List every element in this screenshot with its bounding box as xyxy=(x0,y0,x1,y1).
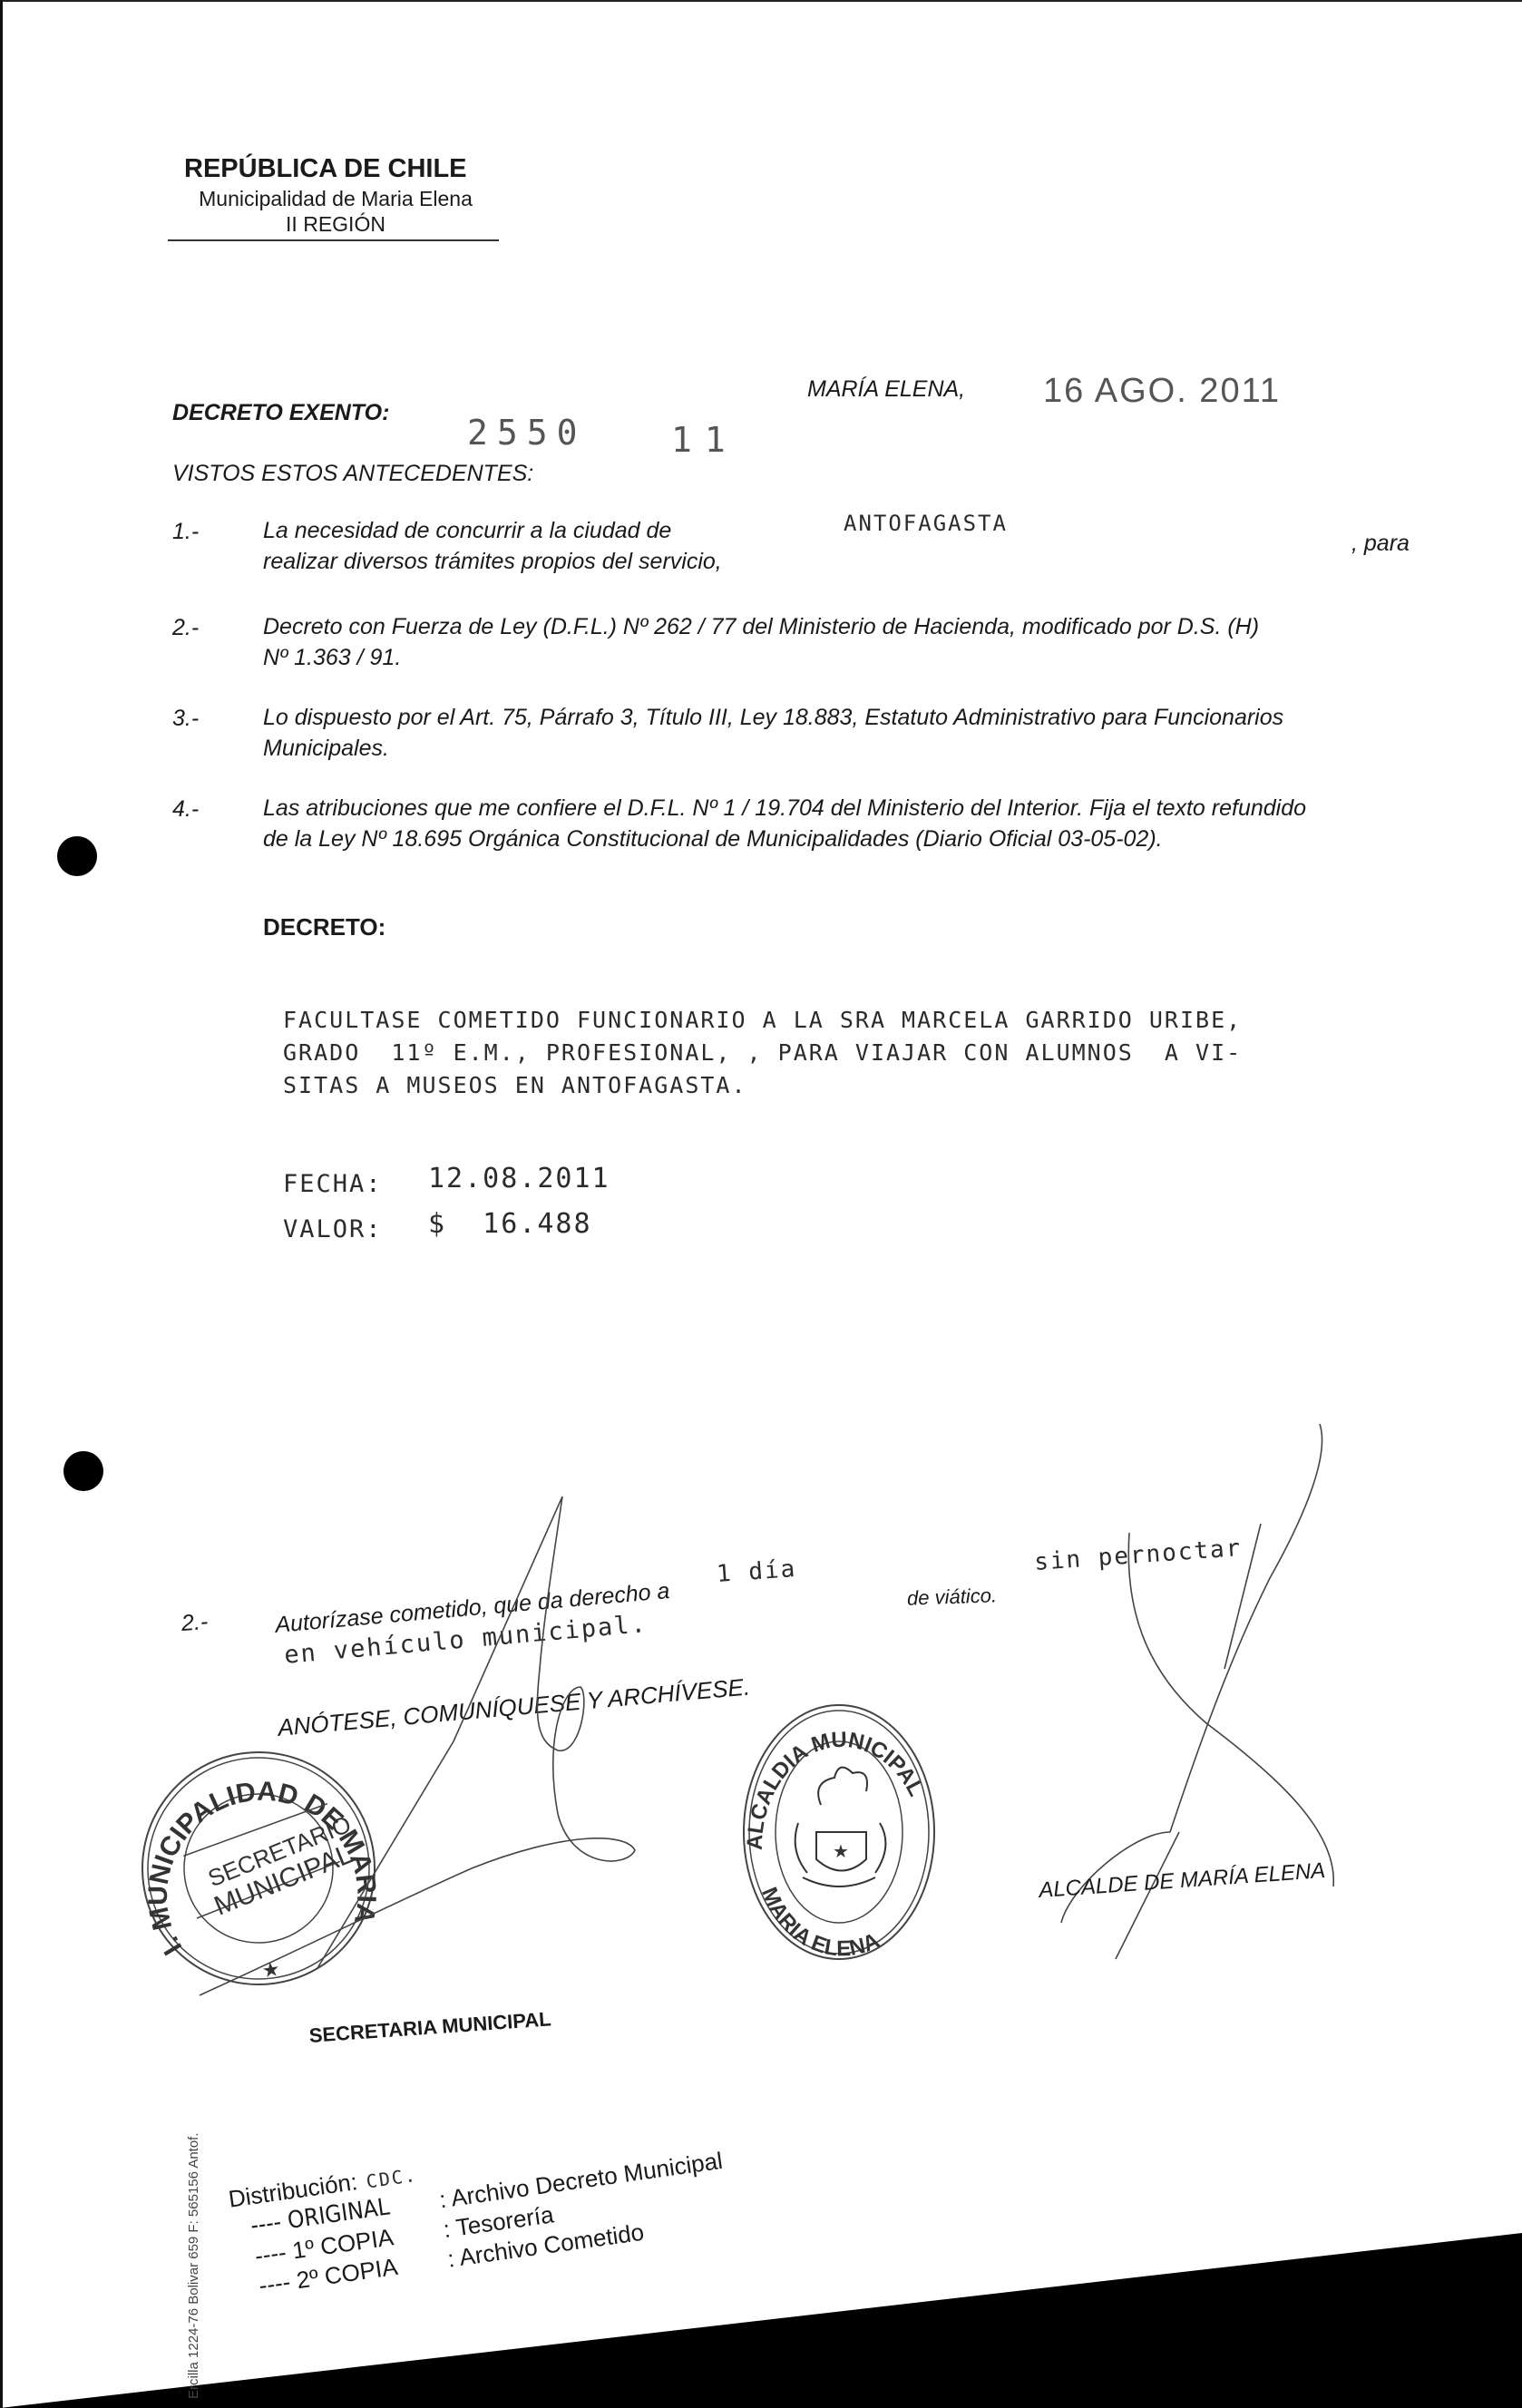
header-underline xyxy=(168,239,499,241)
item-2-line-2: Nº 1.363 / 91. xyxy=(263,642,1515,673)
item-1-text-a: La necesidad de concurrir a la ciudad de xyxy=(263,515,671,546)
valor-label: VALOR: xyxy=(283,1215,383,1243)
decreto-body-line: SITAS A MUSEOS EN ANTOFAGASTA. xyxy=(283,1072,747,1098)
item-4-line-2: de la Ley Nº 18.695 Orgánica Constitucio… xyxy=(263,824,1515,854)
decreto-body-line: FACULTASE COMETIDO FUNCIONARIO A LA SRA … xyxy=(283,1007,1242,1033)
item-1-text-c: realizar diversos trámites propios del s… xyxy=(263,546,722,577)
distribution-initials: CDC. xyxy=(365,2164,418,2193)
fecha-label: FECHA: xyxy=(283,1170,383,1198)
item-number: 4.- xyxy=(172,796,199,823)
country-heading: REPÚBLICA DE CHILE xyxy=(184,154,467,184)
item-number: 3.- xyxy=(172,706,199,732)
decree-year: 11 xyxy=(671,420,738,460)
item-2-line-1: Decreto con Fuerza de Ley (D.F.L.) Nº 26… xyxy=(263,611,1515,642)
fecha-value: 12.08.2011 xyxy=(428,1163,610,1194)
decree-label: DECRETO EXENTO: xyxy=(172,400,389,426)
decreto-body-line: GRADO 11º E.M., PROFESIONAL, , PARA VIAJ… xyxy=(283,1039,1242,1066)
item-number: 1.- xyxy=(172,519,199,545)
handwritten-signatures xyxy=(0,1397,1522,2032)
municipality-name: Municipalidad de Maria Elena xyxy=(186,187,485,211)
item-4-line-1: Las atribuciones que me confiere el D.F.… xyxy=(263,793,1515,824)
region-name: II REGIÓN xyxy=(186,212,485,237)
antecedentes-heading: VISTOS ESTOS ANTECEDENTES: xyxy=(172,461,533,487)
item-1-city: ANTOFAGASTA xyxy=(844,511,1008,536)
decree-number: 2550 xyxy=(467,413,587,453)
item-3-line-2: Municipales. xyxy=(263,733,1515,764)
printer-imprint: Ercilla 1224-76 Bolivar 659 F: 565156 An… xyxy=(186,2132,201,2399)
valor-value: $ 16.488 xyxy=(428,1208,592,1240)
decreto-heading: DECRETO: xyxy=(263,913,385,941)
date-stamp: 16 AGO. 2011 xyxy=(1043,372,1281,411)
scan-black-corner xyxy=(0,0,1522,2408)
item-number: 2.- xyxy=(172,615,199,641)
item-1-text-b: , para xyxy=(1351,528,1410,559)
decree-place: MARÍA ELENA, xyxy=(807,376,965,403)
item-3-line-1: Lo dispuesto por el Art. 75, Párrafo 3, … xyxy=(263,702,1515,733)
